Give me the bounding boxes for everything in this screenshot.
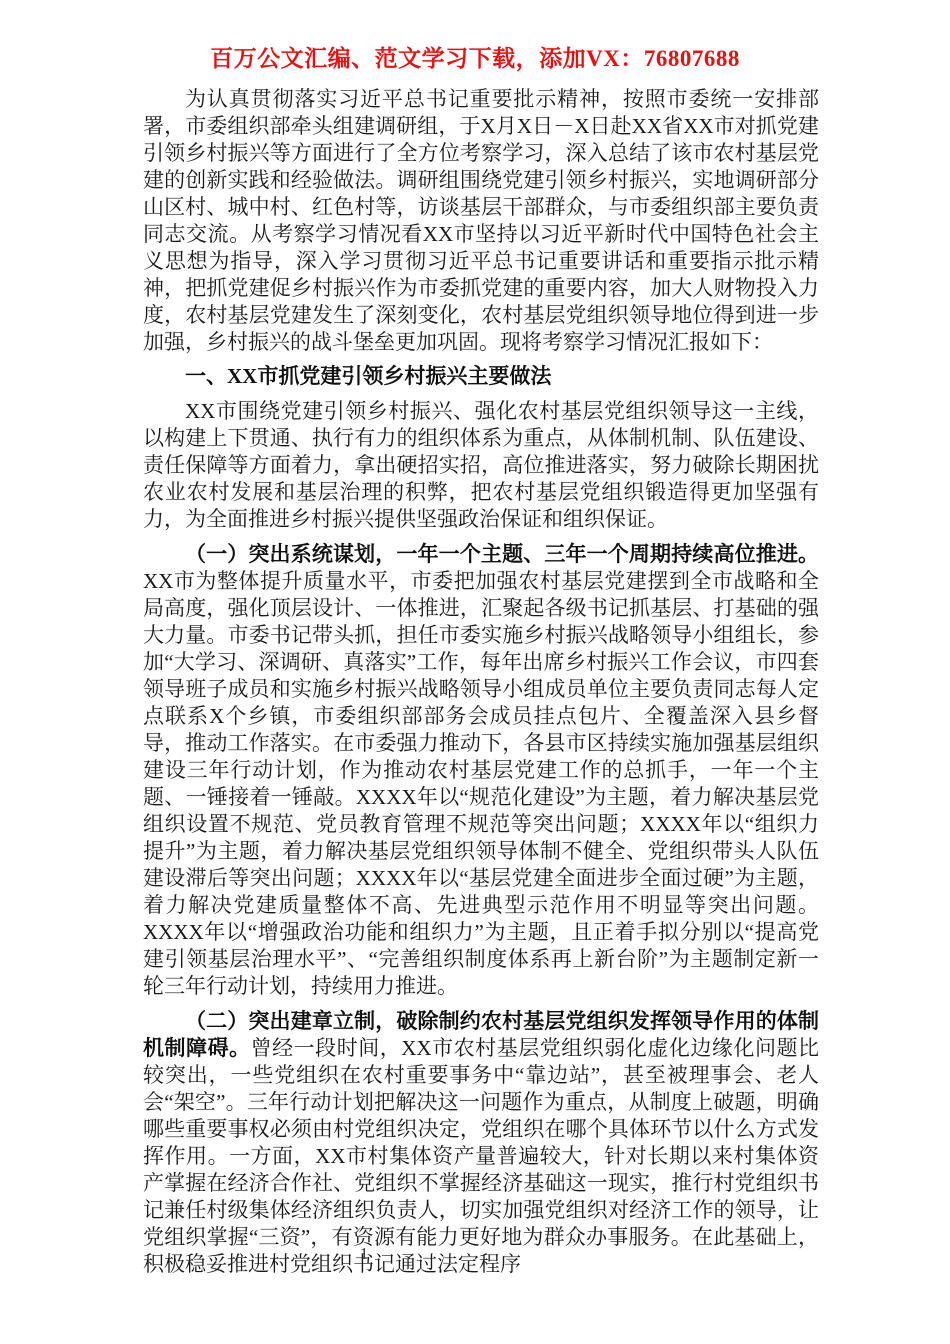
paragraph-subsection-2-text: 曾经一段时间，XX市农村基层党组织弱化虚化边缘化问题比较突出，一些党组织在农村重… bbox=[143, 1036, 819, 1276]
section-heading-1: 一、XX市抓党建引领乡村振兴主要做法 bbox=[143, 363, 819, 390]
paragraph-subsection-1-text: XX市为整体提升质量水平，市委把加强农村基层党建摆到全市战略和全局高度，强化顶层… bbox=[143, 569, 819, 998]
paragraph-section-overview: XX市围绕党建引领乡村振兴、强化农村基层党组织领导这一主线，以构建上下贯通、执行… bbox=[143, 398, 819, 533]
document-page: 百万公文汇编、范文学习下载，添加VX：76807688 为认真贯彻落实习近平总书… bbox=[0, 0, 950, 1344]
document-body: 为认真贯彻落实习近平总书记重要批示精神，按照市委统一安排部署，市委组织部牵头组建… bbox=[143, 86, 819, 1278]
paragraph-subsection-2: （二）突出建章立制，破除制约农村基层党组织发挥领导作用的体制机制障碍。曾经一段时… bbox=[143, 1008, 819, 1278]
paragraph-intro: 为认真贯彻落实习近平总书记重要批示精神，按照市委统一安排部署，市委组织部牵头组建… bbox=[143, 86, 819, 356]
page-number: 1 bbox=[329, 1244, 399, 1264]
paragraph-subsection-1: （一）突出系统谋划，一年一个主题、三年一个周期持续高位推进。XX市为整体提升质量… bbox=[143, 541, 819, 1000]
promo-header-text: 百万公文汇编、范文学习下载，添加VX：76807688 bbox=[0, 40, 950, 73]
paragraph-subsection-1-lead: （一）突出系统谋划，一年一个主题、三年一个周期持续高位推进。 bbox=[185, 542, 819, 566]
